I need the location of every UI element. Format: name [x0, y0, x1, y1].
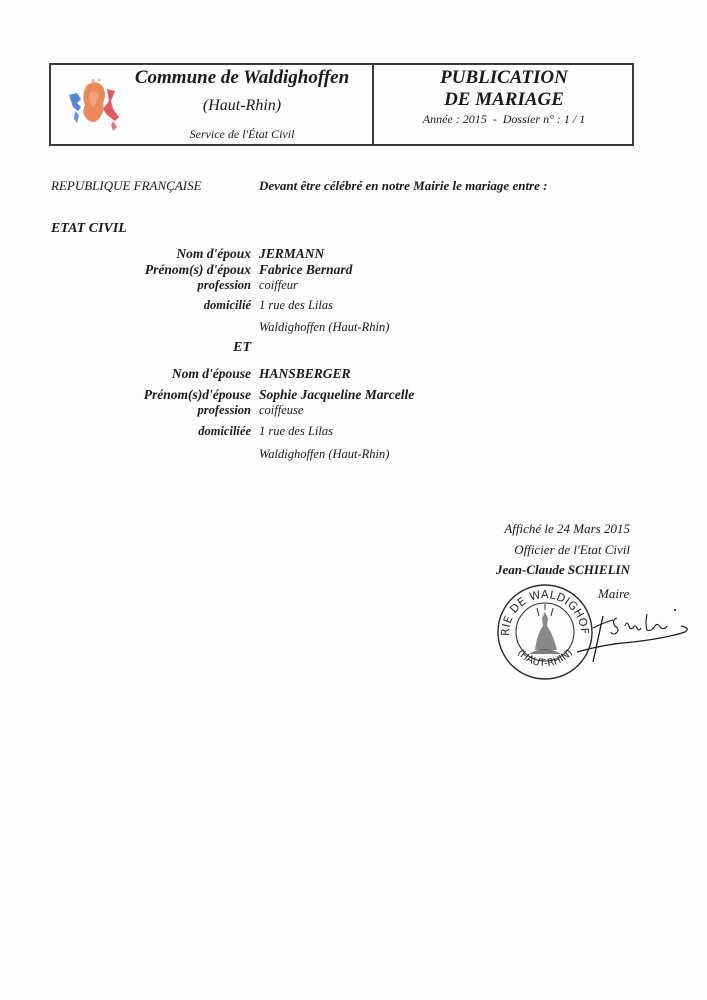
groom-address-label: domicilié [204, 298, 251, 313]
republique-label: REPUBLIQUE FRANÇAISE [51, 178, 202, 194]
section-title: ETAT CIVIL [51, 221, 127, 237]
handwritten-signature-icon [575, 598, 695, 668]
officer-name: Jean-Claude SCHIELIN [496, 562, 630, 578]
bride-address-row: domiciliée 1 rue des Lilas [0, 424, 707, 442]
bride-firstnames: Sophie Jacqueline Marcelle [259, 387, 414, 403]
publication-title-line2: DE MARIAGE [374, 89, 634, 111]
groom-address-line1: 1 rue des Lilas [259, 298, 333, 313]
publication-title: PUBLICATION DE MARIAGE [374, 67, 634, 111]
publication-title-line1: PUBLICATION [374, 67, 634, 89]
bride-address-label: domiciliée [198, 424, 251, 439]
groom-address-row: domicilié 1 rue des Lilas [0, 298, 707, 316]
commune-service: Service de l'État Civil [111, 127, 373, 142]
publication-subtitle: Année : 2015 - Dossier n° : 1 / 1 [374, 112, 634, 127]
bride-profession-label: profession [198, 403, 251, 418]
intro-statement: Devant être célébré en notre Mairie le m… [259, 178, 547, 194]
commune-department: (Haut-Rhin) [111, 97, 373, 115]
bride-address-row-2: Waldighoffen (Haut-Rhin) [0, 447, 707, 465]
groom-profession: coiffeur [259, 278, 298, 293]
officer-title: Officier de l'Etat Civil [514, 542, 630, 558]
bride-firstnames-label: Prénom(s)d'épouse [144, 387, 251, 403]
groom-firstnames-label: Prénom(s) d'époux [145, 262, 251, 278]
bride-profession: coiffeuse [259, 403, 303, 418]
groom-surname: JERMANN [259, 246, 324, 262]
document-page: Commune de Waldighoffen (Haut-Rhin) Serv… [0, 0, 707, 1000]
groom-firstnames: Fabrice Bernard [259, 262, 352, 278]
groom-profession-row: profession coiffeur [0, 278, 707, 296]
bride-surname-label: Nom d'épouse [172, 366, 251, 382]
bride-address-line1: 1 rue des Lilas [259, 424, 333, 439]
bride-profession-row: profession coiffeuse [0, 403, 707, 421]
groom-address-line2: Waldighoffen (Haut-Rhin) [259, 320, 389, 335]
commune-name: Commune de Waldighoffen [111, 67, 373, 89]
groom-address-row-2: Waldighoffen (Haut-Rhin) [0, 320, 707, 338]
posted-date: Affiché le 24 Mars 2015 [504, 521, 630, 537]
conjunction-et: ET [233, 340, 251, 356]
bride-surname-row: Nom d'épouse HANSBERGER [0, 366, 707, 384]
bride-surname: HANSBERGER [259, 366, 351, 382]
groom-profession-label: profession [198, 278, 251, 293]
bride-address-line2: Waldighoffen (Haut-Rhin) [259, 447, 389, 462]
header-box: Commune de Waldighoffen (Haut-Rhin) Serv… [49, 63, 634, 146]
groom-surname-label: Nom d'époux [176, 246, 251, 262]
